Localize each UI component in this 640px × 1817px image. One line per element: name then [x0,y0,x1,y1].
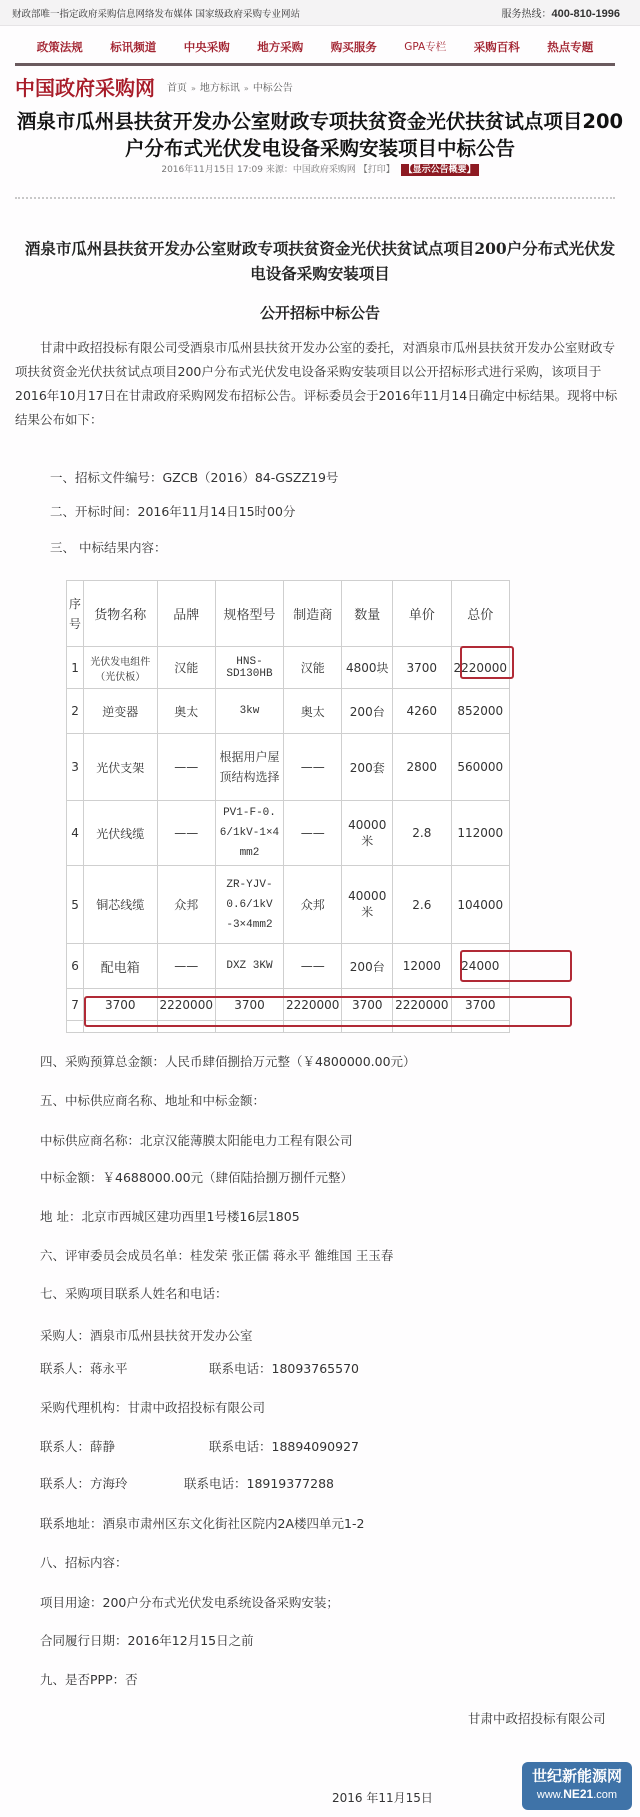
breadcrumb-separator-icon: » [244,84,249,93]
watermark-logo: 世纪新能源网 www.NE21.com [522,1762,632,1810]
table-header-row: 序号 货物名称 品牌 规格型号 制造商 数量 单价 总价 [67,581,510,647]
supplier-address: 地 址：北京市西城区建功西里1号楼16层1805 [40,1207,300,1225]
section-budget: 四、采购预算总金额：人民币肆佰捌拾万元整（￥4800000.00元） [40,1052,416,1070]
watermark-url: www.NE21.com [522,1786,632,1803]
table-row-empty [67,1021,510,1033]
contact3-name: 联系人：方海玲 [40,1474,128,1492]
site-logo[interactable]: 中国政府采购网 [15,72,155,101]
nav-item-gpa[interactable]: GPA专栏 [404,39,446,54]
col-header-no: 序号 [67,581,84,647]
supplier-name: 中标供应商名称：北京汉能薄膜太阳能电力工程有限公司 [40,1131,353,1149]
hotline-number: 400-810-1996 [551,8,620,20]
table-row: 2 逆变器 奥太 3kw 奥太 200台 4260 852000 [67,689,510,734]
breadcrumb-home[interactable]: 首页 [167,83,187,94]
section-file-number: 一、招标文件编号：GZCB（2016）84-GSZZ19号 [50,468,338,486]
breadcrumb-local-bids[interactable]: 地方标讯 [200,83,240,94]
nav-item-hot-topics[interactable]: 热点专题 [547,39,593,55]
contact1-name: 联系人：蒋永平 [40,1359,128,1377]
table-row: 6 配电箱 —— DXZ 3KW —— 200台 12000 24000 [67,944,510,989]
main-nav: 政策法规 标讯频道 中央采购 地方采购 购买服务 GPA专栏 采购百科 热点专题 [15,30,615,66]
section-committee: 六、评审委员会成员名单：桂发荣 张正儒 蒋永平 雒维国 王玉春 [40,1246,393,1264]
breadcrumb-award-notice[interactable]: 中标公告 [253,83,293,94]
col-header-total-price: 总价 [451,581,509,647]
col-header-model: 规格型号 [215,581,283,647]
nav-item-local-procurement[interactable]: 地方采购 [257,39,303,55]
breadcrumb: 首页»地方标讯»中标公告 [167,79,293,94]
nav-item-encyclopedia[interactable]: 采购百科 [474,39,520,55]
table-row: 7 3700 2220000 3700 2220000 3700 2220000… [67,989,510,1021]
article-meta: 2016年11月15日 17:09 来源：中国政府采购网 【打印】 【显示公告概… [0,162,640,175]
col-header-unit-price: 单价 [393,581,451,647]
print-link[interactable]: 【打印】 [359,165,395,175]
col-header-brand: 品牌 [157,581,215,647]
contract-date: 合同履行日期：2016年12月15日之前 [40,1631,254,1649]
section-bid-content: 八、招标内容： [40,1553,128,1571]
nav-item-purchase-services[interactable]: 购买服务 [331,39,377,55]
article-source: 来源：中国政府采购网 [266,165,356,175]
project-usage: 项目用途：200户分布式光伏发电系统设备采购安装； [40,1593,339,1611]
logo-row: 中国政府采购网 首页»地方标讯»中标公告 [15,72,293,101]
results-table: 序号 货物名称 品牌 规格型号 制造商 数量 单价 总价 1 光伏发电组件（光伏… [66,580,510,1033]
purchaser: 采购人：酒泉市瓜州县扶贫开发办公室 [40,1326,253,1344]
section-supplier-heading: 五、中标供应商名称、地址和中标金额： [40,1091,265,1109]
breadcrumb-separator-icon: » [191,84,196,93]
col-header-manufacturer: 制造商 [283,581,341,647]
col-header-quantity: 数量 [342,581,393,647]
table-row: 4 光伏线缆 —— PV1-F-0.6/1kV-1×4mm2 —— 40000米… [67,801,510,866]
signature-company: 甘肃中政招投标有限公司 [468,1709,606,1727]
contact2-name: 联系人：薛静 [40,1437,115,1455]
article-datetime: 2016年11月15日 17:09 [161,165,263,175]
table-row: 3 光伏支架 —— 根据用户屋顶结构选择 —— 200套 2800 560000 [67,734,510,801]
intro-paragraph: 甘肃中政招投标有限公司受酒泉市瓜州县扶贫开发办公室的委托，对酒泉市瓜州县扶贫开发… [15,336,620,432]
contact1-phone: 联系电话：18093765570 [209,1359,359,1377]
agency: 采购代理机构：甘肃中政招投标有限公司 [40,1398,265,1416]
nav-item-policy[interactable]: 政策法规 [37,39,83,55]
table-row: 1 光伏发电组件（光伏板） 汉能 HNS-SD130HB 汉能 4800块 37… [67,647,510,689]
site-tagline: 财政部唯一指定政府采购信息网络发布媒体 国家级政府采购专业网站 [12,6,300,20]
award-amount: 中标金额：￥4688000.00元（肆佰陆拾捌万捌仟元整） [40,1168,353,1186]
divider [15,197,615,199]
document-title: 酒泉市瓜州县扶贫开发办公室财政专项扶贫资金光伏扶贫试点项目200户分布式光伏发电… [0,236,640,286]
top-bar: 财政部唯一指定政府采购信息网络发布媒体 国家级政府采购专业网站 服务热线：400… [0,0,640,26]
show-summary-button[interactable]: 【显示公告概要】 [401,164,479,176]
contact3-phone: 联系电话：18919377288 [184,1474,334,1492]
contact-address: 联系地址：酒泉市肃州区东文化街社区院内2A楼四单元1-2 [40,1514,364,1532]
signature-date: 2016 年11月15日 [332,1789,433,1806]
section-opening-time: 二、开标时间：2016年11月14日15时00分 [50,502,295,520]
section-results-heading: 三、 中标结果内容： [50,538,166,556]
hotline: 服务热线：400-810-1996 [501,5,620,20]
watermark-title: 世纪新能源网 [522,1766,632,1786]
col-header-goods: 货物名称 [84,581,158,647]
section-contacts-heading: 七、采购项目联系人姓名和电话： [40,1284,228,1302]
contact2-phone: 联系电话：18894090927 [209,1437,359,1455]
table-row: 5 铜芯线缆 众邦 ZR-YJV-0.6/1kV-3×4mm2 众邦 40000… [67,866,510,944]
document-subtitle: 公开招标中标公告 [0,302,640,323]
section-ppp: 九、是否PPP：否 [40,1670,138,1688]
nav-item-bid-channel[interactable]: 标讯频道 [110,39,156,55]
page-title: 酒泉市瓜州县扶贫开发办公室财政专项扶贫资金光伏扶贫试点项目200户分布式光伏发电… [10,108,630,162]
nav-item-central-procurement[interactable]: 中央采购 [184,39,230,55]
